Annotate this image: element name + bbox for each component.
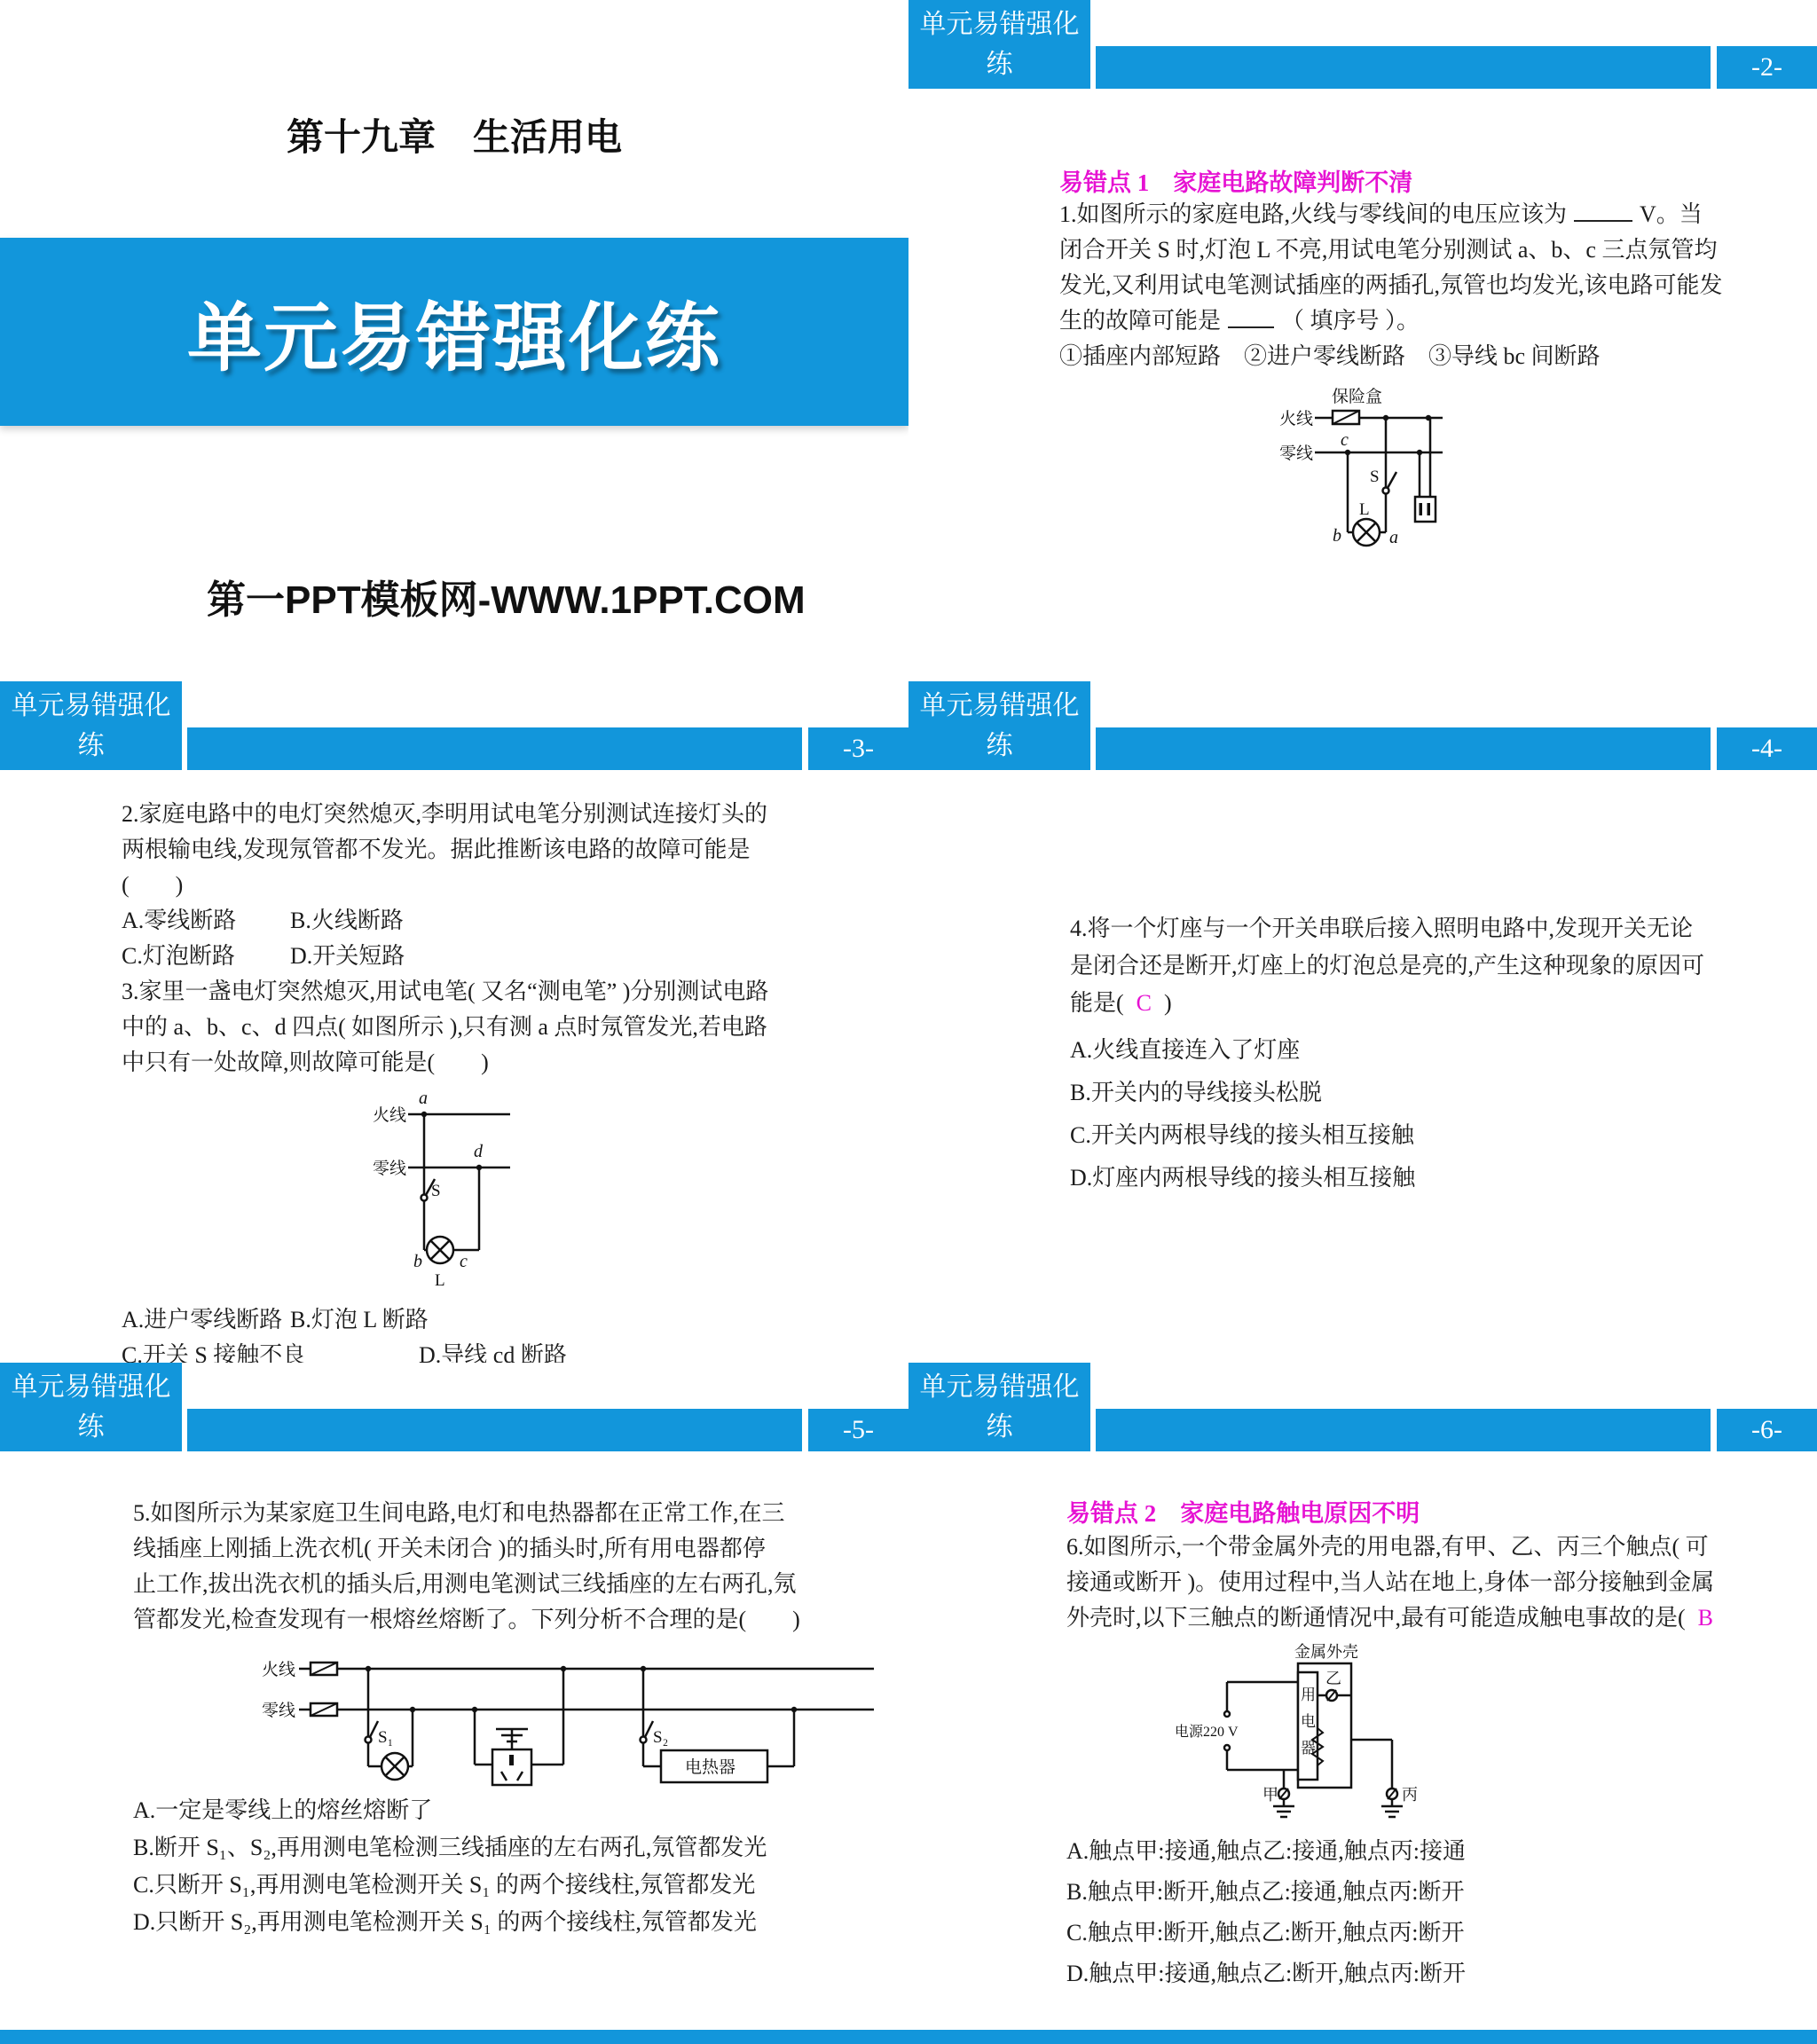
slide-3: 单元易错强化练 -3- 2.家庭电路中的电灯突然熄灭,李明用试电笔分别测试连接灯… [0,681,908,1363]
question-4-options: A.火线直接连入了灯座 B.开关内的导线接头松脱 C.开关内两根导线的接头相互接… [1070,1029,1415,1199]
circuit-diagram-q5: 火线 零线 S₁ [262,1658,883,1787]
point-d-label: d [474,1142,484,1161]
metal-shell-label: 金属外壳 [1294,1643,1358,1661]
header-title: 单元易错强化练 [0,681,182,770]
point-b-label: b [413,1252,422,1271]
header-bar [1096,727,1711,770]
q5-line2: 线插座上刚插上洗衣机( 开关未闭合 )的插头时,所有用电器都停 [133,1531,800,1567]
page-number: -3- [808,727,908,770]
error-point-heading: 易错点 1 家庭电路故障判断不清 [1059,163,1412,198]
q6-line2: 接通或断开 )。使用过程中,当人站在地上,身体一部分接触到金属 [1066,1565,1726,1600]
circuit-diagram-q6: 金属外壳 用 电 器 乙 电源220 V 甲 [1166,1645,1459,1831]
option-a: A.一定是零线上的熔丝熔断了 [133,1792,767,1829]
fill-blank-voltage [1574,197,1632,222]
option-d: D.只断开 S₂,再用测电笔检测开关 S₁ 的两个接线柱,氖管都发光 [133,1904,767,1941]
lamp-label: L [435,1271,445,1290]
option-c: C.只断开 S₁,再用测电笔检测开关 S₁ 的两个接线柱,氖管都发光 [133,1867,767,1904]
site-watermark: 第一PPT模板网-WWW.1PPT.COM [207,568,806,625]
q4-line3: 能是(C) [1070,985,1704,1022]
appliance-char-2: 电 [1301,1713,1316,1730]
slide-4: 单元易错强化练 -4- 4.将一个灯座与一个开关串联后接入照明电路中,发现开关无… [908,681,1817,1363]
bottom-blue-strip [0,2030,1817,2044]
slide-preview-sheet: 第十九章 生活用电 单元易错强化练 第一PPT模板网-WWW.1PPT.COM … [0,0,1817,2044]
contact-yi-label: 乙 [1325,1670,1341,1687]
live-wire-label: 火线 [1279,409,1313,428]
page-number: -2- [1717,46,1817,89]
option-a: A.火线直接连入了灯座 [1070,1029,1415,1072]
neutral-wire-label: 零线 [1279,444,1313,463]
q1-line1: 1.如图所示的家庭电路,火线与零线间的电压应该为V。当 [1059,197,1723,232]
q3-line3: 中只有一处故障,则故障可能是( ) [122,1045,768,1081]
option-b: B.断开 S₁、S₂,再用测电笔检测三线插座的左右两孔,氖管都发光 [133,1829,767,1867]
q2-options-ab: A.零线断路B.火线断路 [122,903,768,939]
neutral-wire-label: 零线 [262,1701,295,1720]
q1-line4: 生的故障可能是（ 填序号 ）。 [1059,303,1723,339]
q2-line3: ( ) [122,868,768,903]
q3-line2: 中的 a、b、c、d 四点( 如图所示 ),只有测 a 点时氖管发光,若电路 [122,1010,768,1045]
page-number: -4- [1717,727,1817,770]
header-bar [187,1409,802,1451]
switch-1-label: S₁ [378,1728,393,1747]
question-6-options: A.触点甲:接通,触点乙:接通,触点丙:接通 B.触点甲:断开,触点乙:接通,触… [1066,1831,1466,1994]
header-title: 单元易错强化练 [908,1363,1090,1451]
circuit-diagram-q1: 保险盒 火线 零线 c S L b a [1272,381,1450,581]
header-bar [187,727,802,770]
option-d: D.触点甲:接通,触点乙:断开,触点丙:断开 [1066,1954,1466,1994]
fuse-box-label: 保险盒 [1332,387,1382,406]
header-title: 单元易错强化练 [908,681,1090,770]
point-b-label: b [1333,526,1341,546]
q5-line1: 5.如图所示为某家庭卫生间电路,电灯和电热器都在正常工作,在三 [133,1496,800,1531]
circuit-diagram-q3: 火线 a 零线 d S b c L [373,1089,515,1311]
point-c-label: c [460,1252,468,1271]
q2-line2: 两根输电线,发现氖管都不发光。据此推断该电路的故障可能是 [122,832,768,868]
page-number: -6- [1717,1409,1817,1451]
slide-5: 单元易错强化练 -5- 5.如图所示为某家庭卫生间电路,电灯和电热器都在正常工作… [0,1363,908,2044]
question-1-text: 1.如图所示的家庭电路,火线与零线间的电压应该为V。当 闭合开关 S 时,灯泡 … [1059,197,1723,374]
header-bar [1096,46,1711,89]
page-number: -5- [808,1409,908,1451]
error-point-heading: 易错点 2 家庭电路触电原因不明 [1066,1494,1420,1529]
contact-bing-label: 丙 [1402,1786,1418,1804]
point-a-label: a [419,1089,428,1108]
fill-blank-fault [1228,303,1274,328]
lamp-label: L [1359,500,1370,519]
q2-options-cd: C.灯泡断路D.开关短路 [122,939,768,974]
slide-1-title: 第十九章 生活用电 单元易错强化练 第一PPT模板网-WWW.1PPT.COM [0,0,908,681]
q2-line1: 2.家庭电路中的电灯突然熄灭,李明用试电笔分别测试连接灯头的 [122,797,768,832]
unit-banner-text: 单元易错强化练 [187,279,721,386]
q1-line3: 发光,又利用试电笔测试插座的两插孔,氖管也均发光,该电路可能发 [1059,268,1723,303]
chapter-title: 第十九章 生活用电 [0,108,908,161]
answer-letter: C [1124,990,1164,1016]
q6-line3: 外壳时,以下三触点的断通情况中,最有可能造成触电事故的是(B [1066,1600,1726,1636]
slide-2: 单元易错强化练 -2- 易错点 1 家庭电路故障判断不清 1.如图所示的家庭电路… [908,0,1817,681]
q3-options-cd: C.开关 S 接触不良D.导线 cd 断路 [122,1338,567,1363]
option-c: C.开关内两根导线的接头相互接触 [1070,1114,1415,1157]
question-6-text: 6.如图所示,一个带金属外壳的用电器,有甲、乙、丙三个触点( 可 接通或断开 )… [1066,1529,1726,1636]
q4-line2: 是闭合还是断开,灯座上的灯泡总是亮的,产生这种现象的原因可 [1070,947,1704,985]
header-title: 单元易错强化练 [908,0,1090,89]
neutral-wire-label: 零线 [373,1159,406,1178]
point-a-label: a [1389,528,1398,547]
slide-6: 单元易错强化练 -6- 易错点 2 家庭电路触电原因不明 6.如图所示,一个带金… [908,1363,1817,2044]
answer-letter: B [1686,1605,1726,1631]
option-b: B.开关内的导线接头松脱 [1070,1072,1415,1114]
q3-options-ab: A.进户零线断路B.灯泡 L 断路 [122,1302,429,1338]
option-d: D.灯座内两根导线的接头相互接触 [1070,1157,1415,1199]
header-bar [1096,1409,1711,1451]
q6-line1: 6.如图所示,一个带金属外壳的用电器,有甲、乙、丙三个触点( 可 [1066,1529,1726,1565]
question-5-text: 5.如图所示为某家庭卫生间电路,电灯和电热器都在正常工作,在三 线插座上刚插上洗… [133,1496,800,1638]
live-wire-label: 火线 [262,1660,295,1679]
live-wire-label: 火线 [373,1105,406,1125]
point-c-label: c [1341,430,1349,450]
appliance-char-1: 用 [1301,1686,1316,1703]
q5-line4: 管都发光,检查发现有一根熔丝熔断了。下列分析不合理的是( ) [133,1602,800,1638]
option-c: C.触点甲:断开,触点乙:断开,触点丙:断开 [1066,1913,1466,1954]
switch-label: S [1370,468,1380,486]
switch-label: S [431,1182,441,1200]
contact-jia-label: 甲 [1262,1786,1278,1804]
q4-line1: 4.将一个灯座与一个开关串联后接入照明电路中,发现开关无论 [1070,910,1704,947]
question-2-3-text: 2.家庭电路中的电灯突然熄灭,李明用试电笔分别测试连接灯头的 两根输电线,发现氖… [122,797,768,1081]
question-5-options: A.一定是零线上的熔丝熔断了 B.断开 S₁、S₂,再用测电笔检测三线插座的左右… [133,1792,767,1941]
q3-line1: 3.家里一盏电灯突然熄灭,用试电笔( 又名“测电笔” )分别测试电路 [122,974,768,1010]
header-title: 单元易错强化练 [0,1363,182,1451]
heater-label: 电热器 [685,1757,735,1777]
option-a: A.触点甲:接通,触点乙:接通,触点丙:接通 [1066,1831,1466,1872]
option-b: B.触点甲:断开,触点乙:接通,触点丙:断开 [1066,1872,1466,1913]
unit-banner: 单元易错强化练 [0,238,908,426]
switch-2-label: S₂ [653,1728,668,1747]
q1-choices: ①插座内部短路 ②进户零线断路 ③导线 bc 间断路 [1059,339,1723,374]
q5-line3: 止工作,拔出洗衣机的插头后,用测电笔测试三线插座的左右两孔,氖 [133,1567,800,1602]
power-source-label: 电源220 V [1175,1724,1239,1740]
question-4-text: 4.将一个灯座与一个开关串联后接入照明电路中,发现开关无论 是闭合还是断开,灯座… [1070,910,1704,1022]
q1-line2: 闭合开关 S 时,灯泡 L 不亮,用试电笔分别测试 a、b、c 三点氖管均 [1059,232,1723,268]
